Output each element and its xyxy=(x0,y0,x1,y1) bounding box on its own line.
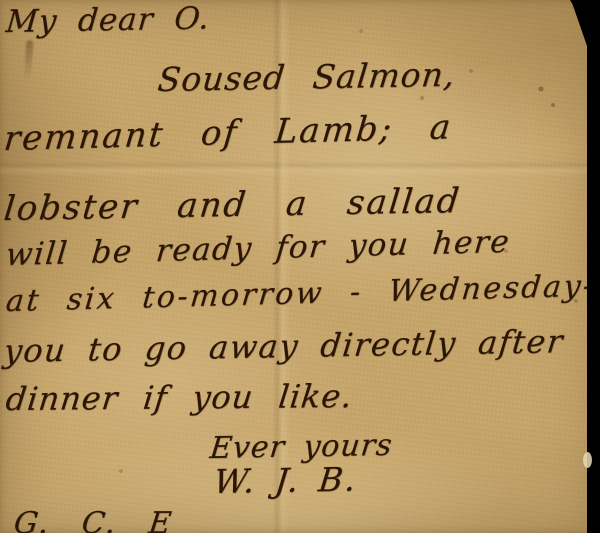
signature-line: W. J. B. xyxy=(212,459,360,501)
body-line: you to go away directly after xyxy=(2,322,566,370)
cutoff-address-line: G. C. E xyxy=(12,506,175,533)
body-line: dinner if you like. xyxy=(4,377,355,418)
body-line: will be ready for you here xyxy=(4,224,512,273)
paper-specks xyxy=(0,0,2,2)
body-line: lobster and a sallad xyxy=(2,181,463,229)
body-line: remnant of Lamb; a xyxy=(2,107,454,159)
letter-scan: My dear O. Soused Salmon, remnant of Lam… xyxy=(0,0,600,533)
scan-edge-notch xyxy=(583,452,592,468)
letter-page: My dear O. Soused Salmon, remnant of Lam… xyxy=(0,0,600,533)
body-line: at six to-morrow - Wednesday- xyxy=(4,269,597,320)
ink-smudge xyxy=(24,40,34,82)
body-line: Soused Salmon, xyxy=(156,55,458,99)
salutation-line: My dear O. xyxy=(4,0,211,40)
